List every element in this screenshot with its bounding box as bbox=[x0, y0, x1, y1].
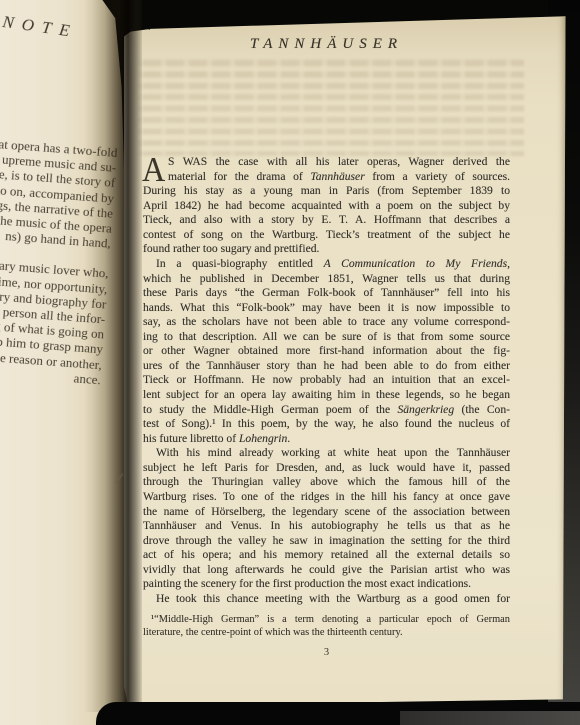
text-line: test of Song).¹ In this poem, by the way… bbox=[143, 417, 510, 432]
left-page: NOTE at opera has a two-foldupreme music… bbox=[0, 0, 128, 725]
text-line: or other Wagner obtained more first-hand… bbox=[143, 344, 510, 359]
text-line: painting the scenery for the first produ… bbox=[143, 577, 510, 592]
text-line: ures of the Tannhäuser story than he had… bbox=[143, 359, 510, 374]
text-line: contest of song on the Wartburg. Tieck’s… bbox=[143, 228, 510, 243]
text-line: S WAS the case with all his later operas… bbox=[143, 155, 510, 170]
text-line: his future libretto of Lohengrin. bbox=[143, 432, 510, 447]
text-line: ¹“Middle-High German” is a term denoting… bbox=[143, 613, 510, 626]
text-line: During his stay as a young man in Paris … bbox=[143, 184, 510, 199]
text-line: hands. What this “Folk-book” may have be… bbox=[143, 301, 510, 316]
text-line: April 1842) he had become acquainted wit… bbox=[143, 199, 510, 214]
text-line: literature, the centre-point of which wa… bbox=[143, 626, 510, 639]
footnote: ¹“Middle-High German” is a term denoting… bbox=[143, 613, 510, 639]
text-line: With his mind already working at white h… bbox=[143, 446, 510, 461]
chapter-title: TANNHÄUSER bbox=[143, 36, 510, 53]
text-line: In a quasi-biography entitled A Communic… bbox=[143, 257, 510, 272]
body-text: A S WAS the case with all his later oper… bbox=[143, 155, 510, 606]
left-page-paragraph: at opera has a two-foldupreme music and … bbox=[0, 133, 118, 251]
text-line: through the Thuringian valley above whic… bbox=[143, 475, 510, 490]
text-line: He took this chance meeting with the War… bbox=[143, 592, 510, 607]
text-line: drove through the valley he saw in imagi… bbox=[143, 534, 510, 549]
text-line: Wartburg rises. To one of the ridges in … bbox=[143, 490, 510, 505]
drop-cap: A bbox=[142, 156, 165, 184]
page-number: 3 bbox=[143, 647, 510, 658]
text-line: say, as the scholars have not been able … bbox=[143, 315, 510, 330]
text-line: to study the Middle-High German poem of … bbox=[143, 403, 510, 418]
table-surface-bottom bbox=[400, 711, 580, 725]
right-page: TANNHÄUSER A S WAS the case with all his… bbox=[124, 10, 566, 707]
text-line: vividly that long afterwards he could gi… bbox=[143, 563, 510, 578]
text-line: act of his opera; and his memory retaine… bbox=[143, 548, 510, 563]
left-page-running-head: NOTE bbox=[1, 12, 79, 42]
paper-fleck bbox=[148, 24, 152, 30]
left-page-paragraph: inary music lover who,time, nor opportun… bbox=[0, 254, 109, 387]
text-line: subject he left Paris for Dresden, and, … bbox=[143, 461, 510, 476]
text-line: found rather too sugary and prettified. bbox=[143, 242, 510, 257]
text-line: the name of Hörselberg, the legendary sc… bbox=[143, 505, 510, 520]
show-through-ghost-text bbox=[138, 60, 524, 156]
text-line: material for the drama of Tannhäuser fro… bbox=[143, 170, 510, 185]
text-line: Tieck or Hoffmann. He now probably had a… bbox=[143, 373, 510, 388]
text-line: Tannhäuser and Venus. In his autobiograp… bbox=[143, 519, 510, 534]
text-line: which he published in December 1851, Wag… bbox=[143, 272, 510, 287]
left-page-text-column: at opera has a two-foldupreme music and … bbox=[0, 133, 118, 387]
text-line: ing to that description. All we can be s… bbox=[143, 330, 510, 345]
open-book-photo: NOTE at opera has a two-foldupreme music… bbox=[0, 0, 580, 725]
text-line: these Paris days “the German Folk-book o… bbox=[143, 286, 510, 301]
text-line: lent subject for an opera lay awaiting h… bbox=[143, 388, 510, 403]
text-line: Tieck, and also with a story by E. T. A.… bbox=[143, 213, 510, 228]
